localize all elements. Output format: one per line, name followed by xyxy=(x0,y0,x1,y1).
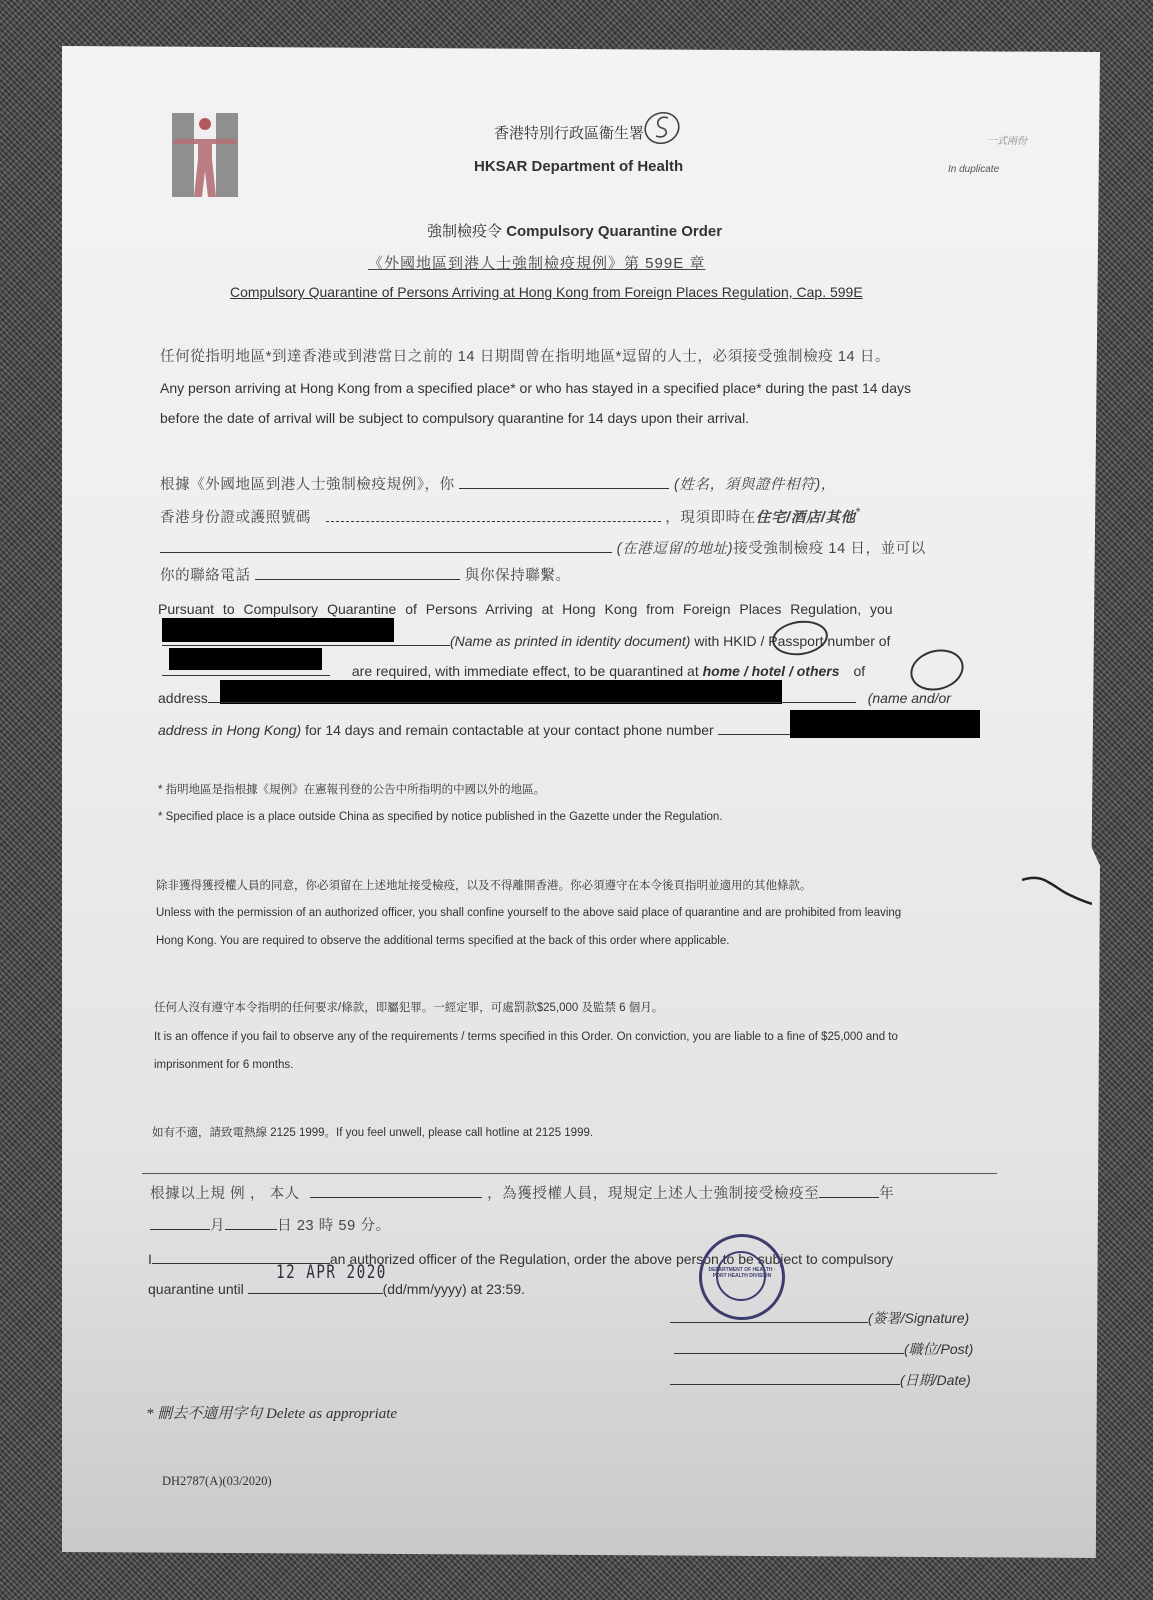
address-hint-en: (name and/or xyxy=(868,690,951,706)
name-blank-zh xyxy=(459,474,669,489)
order-en-line1: Pursuant to Compulsory Quarantine of Per… xyxy=(158,601,893,617)
post-line: (職位/Post) xyxy=(674,1339,973,1359)
order-zh-line1: 根據《外國地區到港人士強制檢疫規例》，你 (姓名，須與證件相符)， xyxy=(160,473,836,494)
signature-blank xyxy=(670,1308,868,1323)
signature-label: (簽署/Signature) xyxy=(868,1310,969,1326)
phone-blank-zh xyxy=(255,565,460,580)
regulation-title-zh: 《外國地區到港人士強制檢疫規例》第 599E 章 xyxy=(368,252,705,273)
post-label: (職位/Post) xyxy=(904,1341,973,1357)
terms-zh: 除非獲得獲授權人員的同意，你必須留在上述地址接受檢疫，以及不得離開香港。你必須遵… xyxy=(156,877,812,893)
post-blank xyxy=(674,1339,904,1354)
officer-text-en: (dd/mm/yyyy) at 23:59. xyxy=(383,1281,525,1297)
in-duplicate-en: In duplicate xyxy=(948,164,999,175)
phone-label-zh: 你的聯絡電話 xyxy=(160,568,251,584)
form-code: DH2787(A)(03/2020) xyxy=(162,1474,272,1489)
offence-zh: 任何人沒有遵守本令指明的任何要求/條款，即屬犯罪。一經定罪，可處罰款$25,00… xyxy=(154,999,663,1015)
terms-en-line2: Hong Kong. You are required to observe t… xyxy=(156,935,729,947)
order-en-line3: are required, with immediate effect, to … xyxy=(162,661,865,679)
id-blank-zh xyxy=(326,509,661,522)
date-blank xyxy=(670,1370,900,1385)
hkid-circle-mark xyxy=(770,617,830,658)
address-hint-en-cont: address in Hong Kong) xyxy=(158,722,301,738)
stamp-text: DEPARTMENT OF HEALTH · PORT HEALTH DIVIS… xyxy=(702,1267,782,1279)
specified-place-note-zh: * 指明地區是指根據《規例》在憲報刊登的公告中所指明的中國以外的地區。 xyxy=(158,781,545,797)
others-option: others xyxy=(797,663,840,679)
year-label: 年 xyxy=(879,1186,894,1202)
offence-en-line1: It is an offence if you fail to observe … xyxy=(154,1031,898,1043)
name-blank-en xyxy=(162,631,450,646)
order-en-line4: address (name and/or xyxy=(158,688,951,706)
name-hint-en: (Name as printed in identity document) xyxy=(450,633,690,649)
department-name-en: HKSAR Department of Health xyxy=(474,158,683,175)
day-time-label: 日 23 時 59 分。 xyxy=(277,1218,391,1234)
specified-place-note-en: * Specified place is a place outside Chi… xyxy=(158,811,723,823)
intro-zh: 任何從指明地區*到達香港或到港當日之前的 14 日期間曾在指明地區*逗留的人士，… xyxy=(160,345,890,366)
place-options-zh: 住宅/酒店/其他 xyxy=(756,510,856,526)
department-of-health-logo-icon xyxy=(172,113,238,197)
hotline-text: 如有不適，請致電熱線 2125 1999。If you feel unwell,… xyxy=(152,1124,593,1140)
department-name-zh: 香港特別行政區衞生署 xyxy=(494,122,644,143)
order-en-text: of xyxy=(853,663,865,679)
order-zh-text: 與你保持聯繫。 xyxy=(465,568,571,584)
month-label: 月 xyxy=(210,1218,225,1234)
quarantine-order-document: 香港特別行政區衞生署 HKSAR Department of Health 一式… xyxy=(62,46,1100,1558)
asterisk: * xyxy=(856,505,861,519)
order-zh-line4: 你的聯絡電話 與你保持聯繫。 xyxy=(160,564,571,585)
order-en-text: are required, with immediate effect, to … xyxy=(352,663,699,679)
address-blank-en xyxy=(208,688,856,703)
hkid-option: HKID xyxy=(723,633,756,649)
intro-en-line1: Any person arriving at Hong Kong from a … xyxy=(160,380,911,396)
order-zh-text: 根據《外國地區到港人士強制檢疫規例》，你 xyxy=(160,477,455,493)
name-hint-zh: (姓名，須與證件相符)， xyxy=(674,477,836,493)
offence-en-line2: imprisonment for 6 months. xyxy=(154,1059,293,1071)
signature-line: (簽署/Signature) xyxy=(670,1308,969,1328)
order-title: 強制檢疫令 Compulsory Quarantine Order xyxy=(427,220,722,241)
order-en-text: for 14 days and remain contactable at yo… xyxy=(305,722,714,738)
delete-as-appropriate-note: * 刪去不適用字句 Delete as appropriate xyxy=(146,1402,397,1423)
day-blank xyxy=(225,1215,277,1230)
officer-zh-line1: 根據以上規 例 ， 本人 ，為獲授權人員，現規定上述人士強制接受檢疫至年 xyxy=(150,1182,894,1203)
order-zh-text: 接受強制檢疫 14 日，並可以 xyxy=(733,541,926,557)
order-title-zh: 強制檢疫令 xyxy=(427,223,502,240)
date-line: (日期/Date) xyxy=(670,1370,971,1390)
id-blank-en xyxy=(162,661,330,676)
officer-en-line2: quarantine until (dd/mm/yyyy) at 23:59. xyxy=(148,1279,525,1297)
officer-name-blank-zh xyxy=(310,1183,482,1198)
paper-tear-icon xyxy=(1022,876,1092,906)
officer-text-en: quarantine until xyxy=(148,1281,244,1297)
in-duplicate-zh: 一式兩份 xyxy=(987,132,1027,147)
officer-text-zh: 根據以上規 例 ， 本人 xyxy=(150,1186,300,1202)
order-zh-text: ，現須即時在 xyxy=(665,510,756,526)
place-options-en: home / hotel / xyxy=(703,663,793,679)
regulation-title-en: Compulsory Quarantine of Persons Arrivin… xyxy=(230,284,863,300)
order-title-en: Compulsory Quarantine Order xyxy=(506,223,722,240)
date-label: (日期/Date) xyxy=(900,1372,971,1388)
officer-text-zh: ，為獲授權人員，現規定上述人士強制接受檢疫至 xyxy=(487,1186,819,1202)
officer-text-en: an authorized officer of the Regulation,… xyxy=(330,1251,893,1267)
redacted-phone xyxy=(790,710,980,738)
handwritten-s-mark-icon xyxy=(640,106,688,146)
intro-en-line2: before the date of arrival will be subje… xyxy=(160,410,749,426)
section-divider xyxy=(142,1173,997,1174)
address-label-en: address xyxy=(158,690,208,706)
order-zh-line3: (在港逗留的地址)接受強制檢疫 14 日，並可以 xyxy=(160,537,926,558)
order-zh-line2: 香港身份證或護照號碼 ，現須即時在住宅/酒店/其他* xyxy=(160,505,861,527)
officer-zh-line2: 月日 23 時 59 分。 xyxy=(150,1214,391,1235)
month-blank xyxy=(150,1215,210,1230)
quarantine-until-blank xyxy=(248,1279,383,1294)
id-label-zh: 香港身份證或護照號碼 xyxy=(160,510,311,526)
order-en-text: with xyxy=(694,633,719,649)
address-blank-zh xyxy=(160,538,612,553)
terms-en-line1: Unless with the permission of an authori… xyxy=(156,907,901,919)
address-hint-zh: (在港逗留的地址) xyxy=(617,541,734,557)
year-blank xyxy=(819,1183,879,1198)
